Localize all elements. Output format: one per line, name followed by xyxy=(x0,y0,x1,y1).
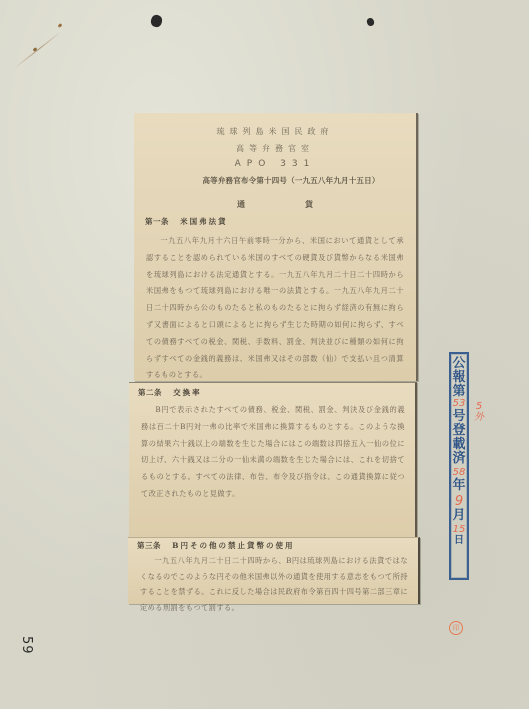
stamp-month: 9 xyxy=(451,495,467,508)
header-office: 高等弁務官室 xyxy=(134,143,416,154)
article-text: B円で表示されたすべての債務、税金、関税、罰金、判決及び金銭的義務は百二十B円対… xyxy=(129,402,415,503)
header-issuer: 琉球列島米国民政府 xyxy=(134,126,416,137)
stamp-day: 15 xyxy=(451,525,467,535)
archive-page: 琉球列島米国民政府 高等弁務官室 APO 331 高等弁務官布令第十四号（一九五… xyxy=(0,0,529,709)
stamp-char: 第 xyxy=(451,385,467,398)
stamp-char: 年 xyxy=(451,479,467,492)
scratch-mark xyxy=(14,31,62,69)
clipping-article-3: 第三条 B円その他の禁止貨幣の使用 一九五八年九月二十日二十四時から、B円は琉球… xyxy=(128,537,420,604)
article-heading: 第三条 B円その他の禁止貨幣の使用 xyxy=(128,540,418,551)
page-number: 59 xyxy=(19,636,34,655)
seal-icon: 印 xyxy=(449,621,463,635)
stamp-char: 登 xyxy=(451,424,467,437)
article-text: 一九五八年九月二十日二十四時から、B円は琉球列島における法貨ではなくなるのでこの… xyxy=(128,553,418,615)
stamp-year: 58 xyxy=(451,468,467,478)
clipping-article-1: 琉球列島米国民政府 高等弁務官室 APO 331 高等弁務官布令第十四号（一九五… xyxy=(134,113,418,381)
punch-hole xyxy=(366,17,375,27)
punch-hole xyxy=(150,14,164,28)
stamp-char: 公 xyxy=(451,357,467,370)
article-heading: 第一条 米国弗法貨 xyxy=(134,216,416,227)
article-title: 米国弗法貨 xyxy=(180,217,228,226)
header-apo: APO 331 xyxy=(134,159,416,169)
stamp-char: 報 xyxy=(451,371,467,384)
article-number: 第三条 xyxy=(137,541,161,550)
ordinance-number: 高等弁務官布令第十四号（一九五八年九月十五日） xyxy=(134,175,416,186)
clipping-article-2: 第二条 交換率 B円で表示されたすべての債務、税金、関税、罰金、判決及び金銭的義… xyxy=(129,382,417,538)
article-number: 第一条 xyxy=(145,217,169,226)
handwritten-side-note: 5外 xyxy=(473,401,485,423)
stamp-char: 号 xyxy=(451,410,467,423)
section-title: 通 貨 xyxy=(134,199,416,210)
stamp-issue-number: 53 xyxy=(451,399,467,409)
stamp-char: 済 xyxy=(451,452,467,465)
article-title: 交換率 xyxy=(173,388,202,397)
stamp-char: 月 xyxy=(451,509,467,522)
article-number: 第二条 xyxy=(138,388,162,397)
article-heading: 第二条 交換率 xyxy=(129,387,415,398)
stamp-char: 日 xyxy=(451,536,467,546)
stamp-char: 載 xyxy=(451,438,467,451)
gazette-registration-stamp: 公 報 第 53 号 登 載 済 58 年 9 月 15 日 xyxy=(449,352,469,580)
stain-mark xyxy=(58,23,63,28)
article-text: 一九五八年九月十六日午前零時一分から、米国において通貨として承認することを認めら… xyxy=(134,233,416,384)
article-title: B円その他の禁止貨幣の使用 xyxy=(172,541,294,550)
